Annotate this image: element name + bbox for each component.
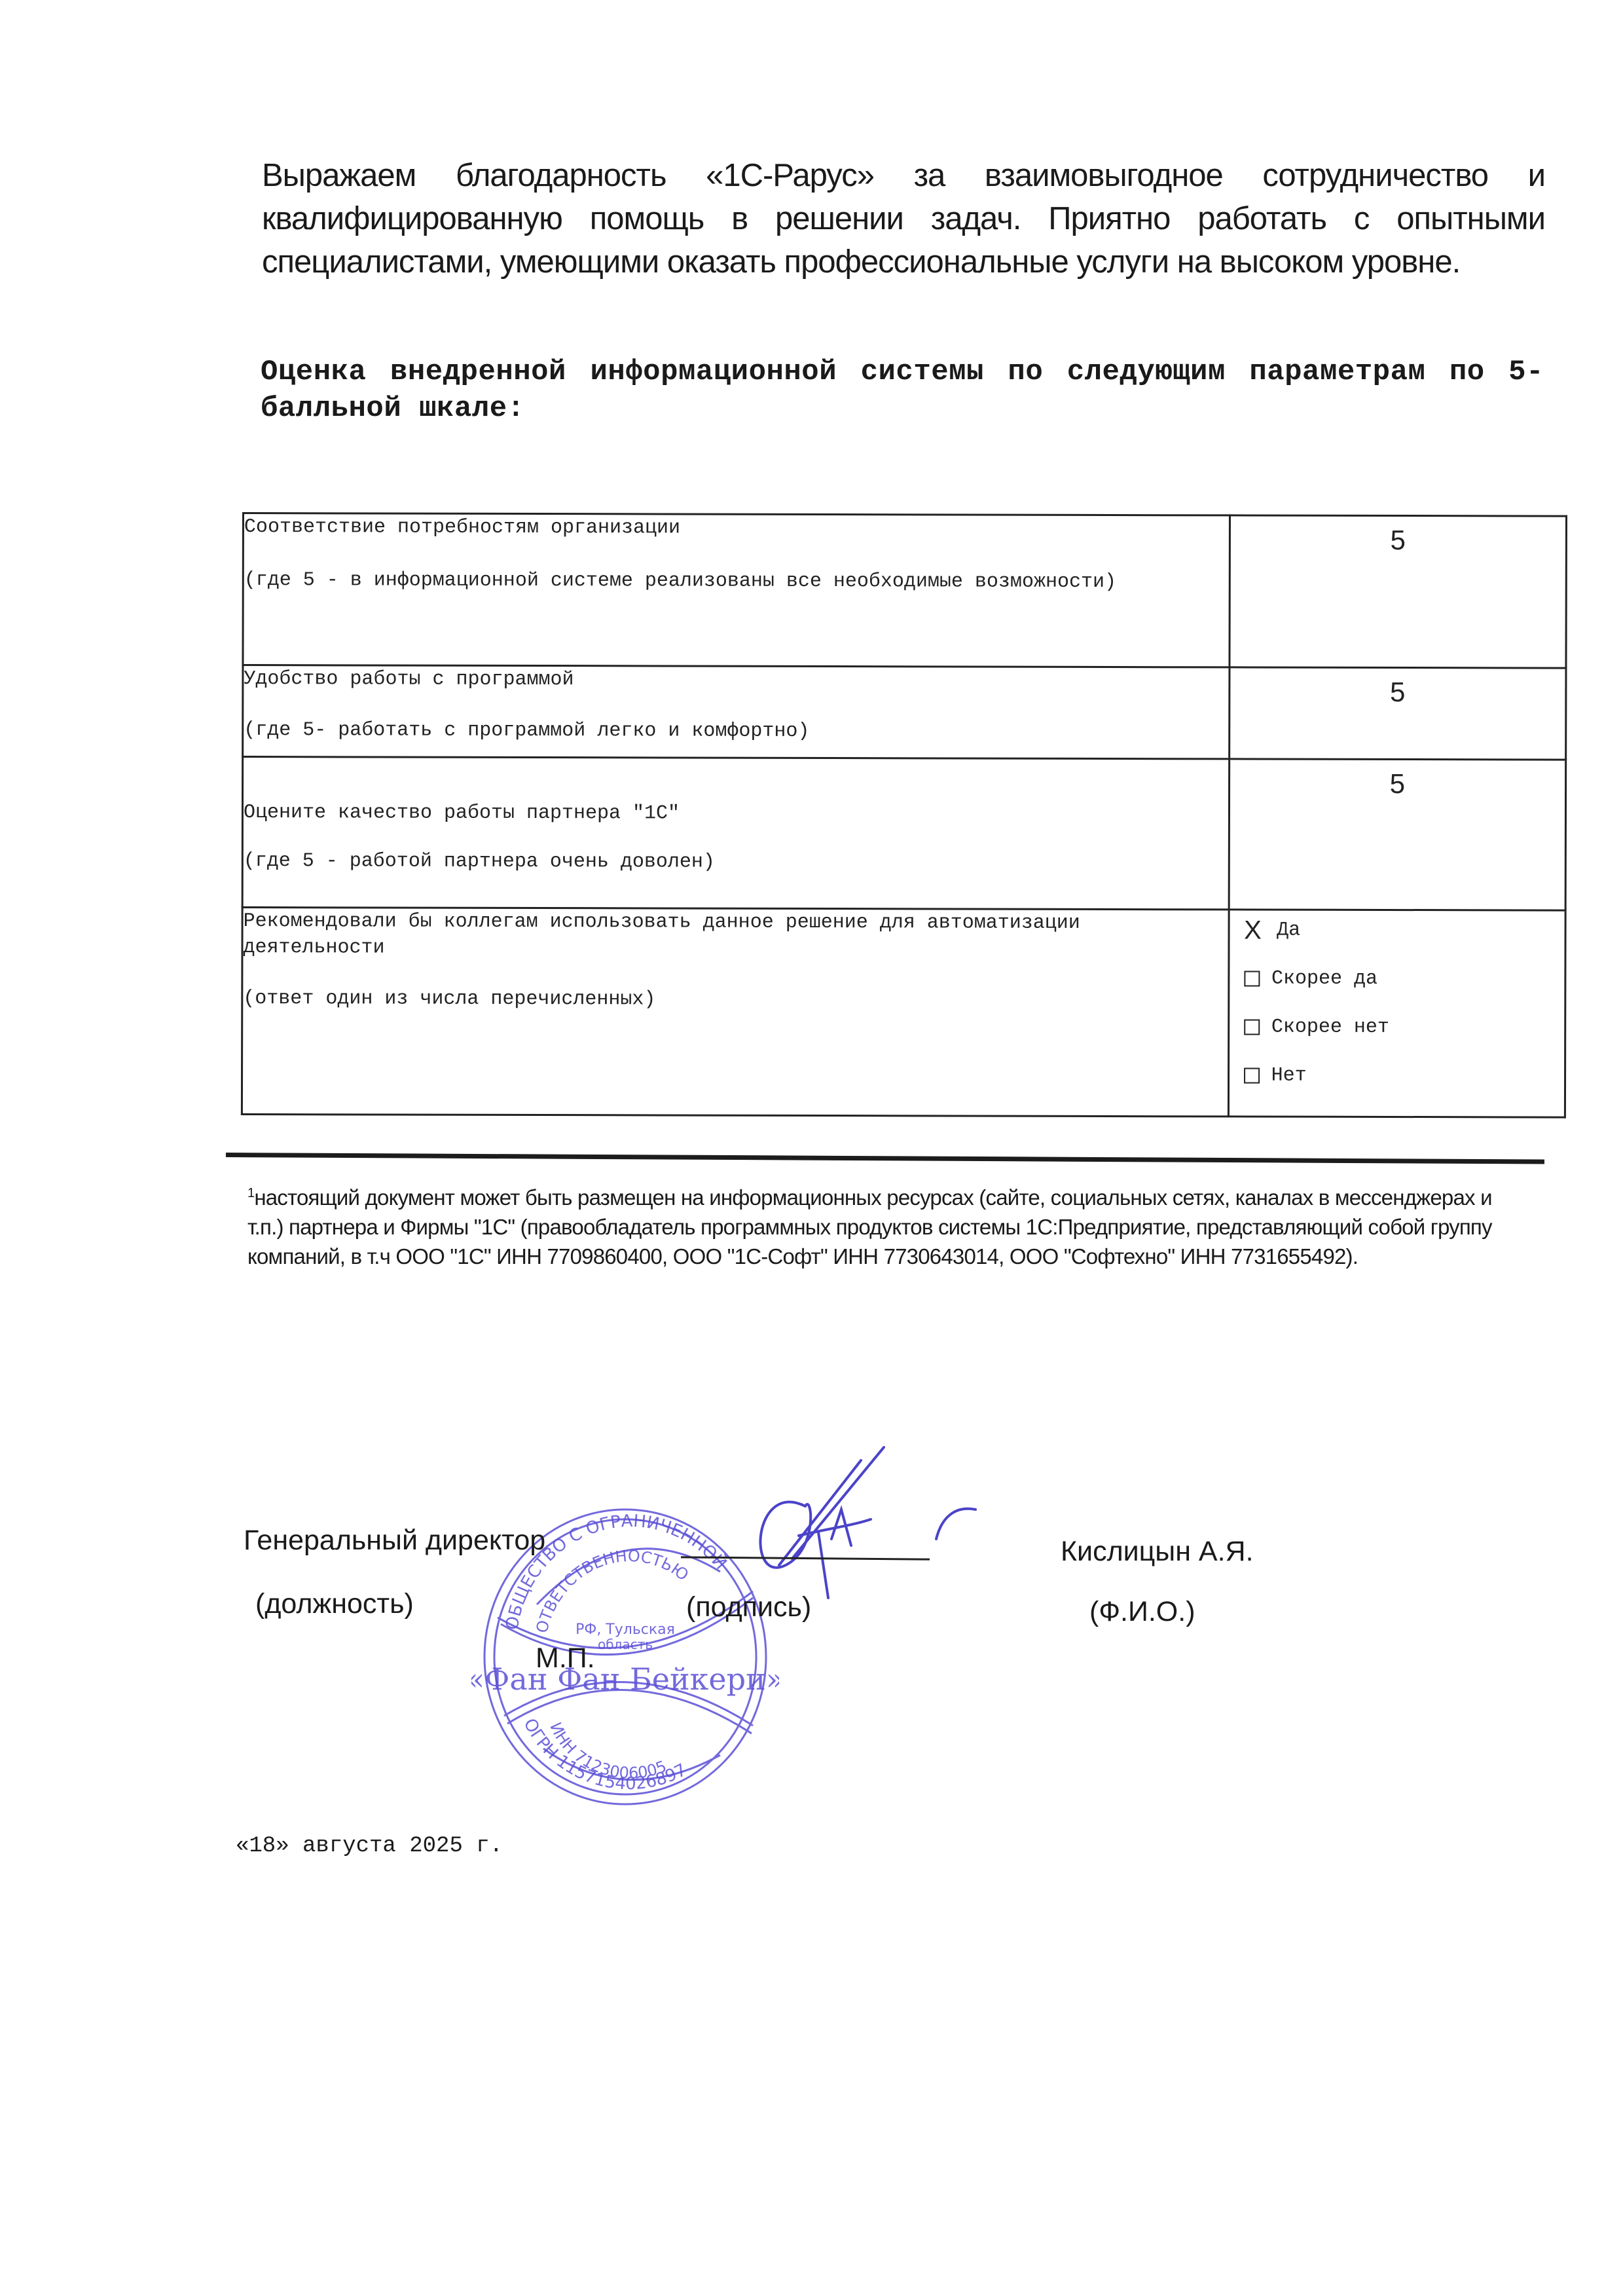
table-row: Оцените качество работы партнера "1С" (г…: [242, 757, 1566, 911]
question-text: Оцените качество работы партнера "1С": [244, 800, 1228, 828]
question-cell: Оцените качество работы партнера "1С" (г…: [242, 757, 1229, 910]
checkbox-empty-icon: [1244, 971, 1260, 986]
intro-paragraph: Выражаем благодарность «1С-Рарус» за вза…: [262, 154, 1545, 284]
question-text: Удобство работы с программой: [244, 666, 1228, 694]
score-cell[interactable]: 5: [1230, 515, 1567, 668]
score-value: 5: [1230, 760, 1565, 800]
question-text: Рекомендовали бы коллегам использовать д…: [243, 908, 1228, 963]
question-text: Соответствие потребностям организации: [244, 514, 1229, 542]
footnote-marker: 1: [247, 1186, 254, 1200]
signature-caption: (подпись): [686, 1591, 811, 1623]
table-row: Удобство работы с программой (где 5- раб…: [243, 665, 1566, 760]
footnote-text: настоящий документ может быть размещен н…: [247, 1185, 1492, 1268]
checkbox-empty-icon: [1244, 1019, 1260, 1035]
checked-x-icon: X: [1244, 917, 1262, 943]
table-row: Рекомендовали бы коллегам использовать д…: [242, 908, 1565, 1118]
footnote: 1настоящий документ может быть размещен …: [247, 1179, 1531, 1271]
position-title: Генеральный директор: [244, 1525, 545, 1557]
option-label: Скорее да: [1271, 966, 1377, 992]
question-cell: Рекомендовали бы коллегам использовать д…: [242, 908, 1228, 1117]
rating-heading: Оценка внедренной информационной системы…: [261, 354, 1544, 427]
question-hint: (ответ один из числа перечисленных): [243, 986, 1228, 1014]
rating-table: Соответствие потребностям организации (г…: [241, 512, 1567, 1119]
seal-caption: М.П.: [536, 1642, 595, 1675]
option-label: Нет: [1271, 1063, 1307, 1089]
question-hint: (где 5- работать с программой легко и ко…: [244, 717, 1228, 745]
score-cell[interactable]: 5: [1229, 759, 1566, 910]
score-value: 5: [1230, 668, 1565, 708]
checkbox-empty-icon: [1244, 1067, 1260, 1083]
score-cell[interactable]: 5: [1229, 667, 1566, 760]
question-cell: Соответствие потребностям организации (г…: [243, 513, 1230, 667]
signer-name: Кислицын А.Я.: [1061, 1536, 1254, 1568]
option-yes[interactable]: X Да: [1244, 917, 1564, 944]
option-label: Да: [1277, 917, 1300, 944]
footnote-separator: [226, 1153, 1544, 1164]
option-rather-no[interactable]: Скорее нет: [1244, 1014, 1564, 1041]
svg-text:область: область: [598, 1637, 653, 1652]
position-caption: (должность): [255, 1588, 414, 1620]
svg-text:«Фан Фан Бейкери»: «Фан Фан Бейкери»: [471, 1661, 779, 1697]
svg-text:РФ, Тульская: РФ, Тульская: [575, 1621, 675, 1638]
score-value: 5: [1230, 516, 1565, 556]
table-row: Соответствие потребностям организации (г…: [243, 513, 1567, 669]
name-caption: (Ф.И.О.): [1089, 1596, 1195, 1628]
option-rather-yes[interactable]: Скорее да: [1244, 965, 1564, 992]
option-no[interactable]: Нет: [1244, 1062, 1564, 1089]
question-hint: (где 5 - в информационной системе реализ…: [244, 567, 1229, 595]
option-label: Скорее нет: [1271, 1014, 1389, 1041]
question-cell: Удобство работы с программой (где 5- раб…: [243, 665, 1230, 759]
options-cell: X Да Скорее да Скорее нет Нет: [1228, 910, 1565, 1117]
svg-text:ОГРН 1157154026897: ОГРН 1157154026897: [519, 1715, 689, 1794]
question-hint: (где 5 - работой партнера очень доволен): [244, 848, 1228, 876]
document-date: «18» августа 2025 г.: [236, 1834, 503, 1859]
